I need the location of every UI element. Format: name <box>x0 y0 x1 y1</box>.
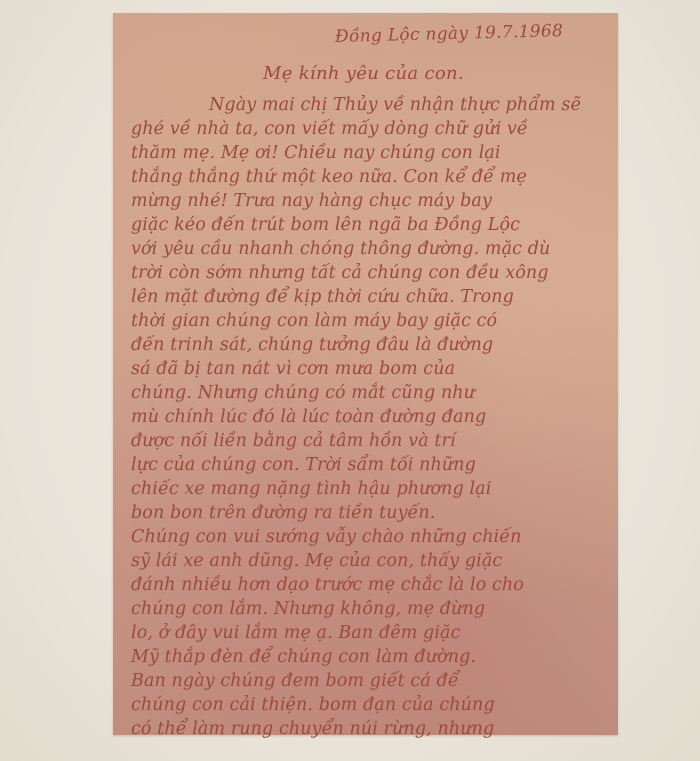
letter-line: chúng. Nhưng chúng có mắt cũng như <box>131 381 601 405</box>
letter-text: Đồng Lộc ngày 19.7.1968 Mẹ kính yêu của … <box>113 13 618 735</box>
letter-salutation: Mẹ kính yêu của con. <box>263 63 464 84</box>
letter-line: đánh nhiều hơn dạo trước mẹ chắc là lo c… <box>131 573 601 597</box>
letter-line: thời gian chúng con làm máy bay giặc có <box>131 309 601 333</box>
letter-line: giặc kéo đến trút bom lên ngã ba Đồng Lộ… <box>131 213 601 237</box>
handwritten-letter: Đồng Lộc ngày 19.7.1968 Mẹ kính yêu của … <box>113 13 618 735</box>
letter-line: lên mặt đường để kịp thời cứu chữa. Tron… <box>131 285 601 309</box>
letter-line: ghé về nhà ta, con viết mấy dòng chữ gửi… <box>131 117 601 141</box>
letter-line: sá đã bị tan nát vì cơn mưa bom của <box>131 357 601 381</box>
letter-line: được nối liền bằng cả tâm hồn và trí <box>131 429 601 453</box>
letter-line: thăm mẹ. Mẹ ơi! Chiều nay chúng con lại <box>131 141 601 165</box>
letter-line: bon bon trên đường ra tiền tuyến. <box>131 501 601 525</box>
letter-line: đến trinh sát, chúng tưởng đâu là đường <box>131 333 601 357</box>
letter-line: trời còn sớm nhưng tất cả chúng con đều … <box>131 261 601 285</box>
letter-line: chiếc xe mang nặng tình hậu phương lại <box>131 477 601 501</box>
letter-line: chúng con cải thiện. bom đạn của chúng <box>131 693 601 717</box>
letter-date-line: Đồng Lộc ngày 19.7.1968 <box>335 21 564 47</box>
letter-line: sỹ lái xe anh dũng. Mẹ của con, thấy giặ… <box>131 549 601 573</box>
letter-line: có thể làm rung chuyển núi rừng, nhưng <box>131 717 601 741</box>
letter-line: với yêu cầu nhanh chóng thông đường. mặc… <box>131 237 601 261</box>
letter-line: mù chính lúc đó là lúc toàn đường đang <box>131 405 601 429</box>
letter-line: Chúng con vui sướng vẫy chào những chiến <box>131 525 601 549</box>
letter-line: Ban ngày chúng đem bom giết cá để <box>131 669 601 693</box>
letter-line: lực của chúng con. Trời sẩm tối những <box>131 453 601 477</box>
letter-line: Mỹ thắp đèn để chúng con làm đường. <box>131 645 601 669</box>
letter-line: lo, ở đây vui lắm mẹ ạ. Ban đêm giặc <box>131 621 601 645</box>
letter-line: thắng thắng thứ một keo nữa. Con kể để m… <box>131 165 601 189</box>
letter-line: chúng con lắm. Nhưng không, mẹ đừng <box>131 597 601 621</box>
letter-line: Ngày mai chị Thủy về nhận thực phẩm sẽ <box>209 93 599 117</box>
letter-line: mừng nhé! Trưa nay hàng chục máy bay <box>131 189 601 213</box>
